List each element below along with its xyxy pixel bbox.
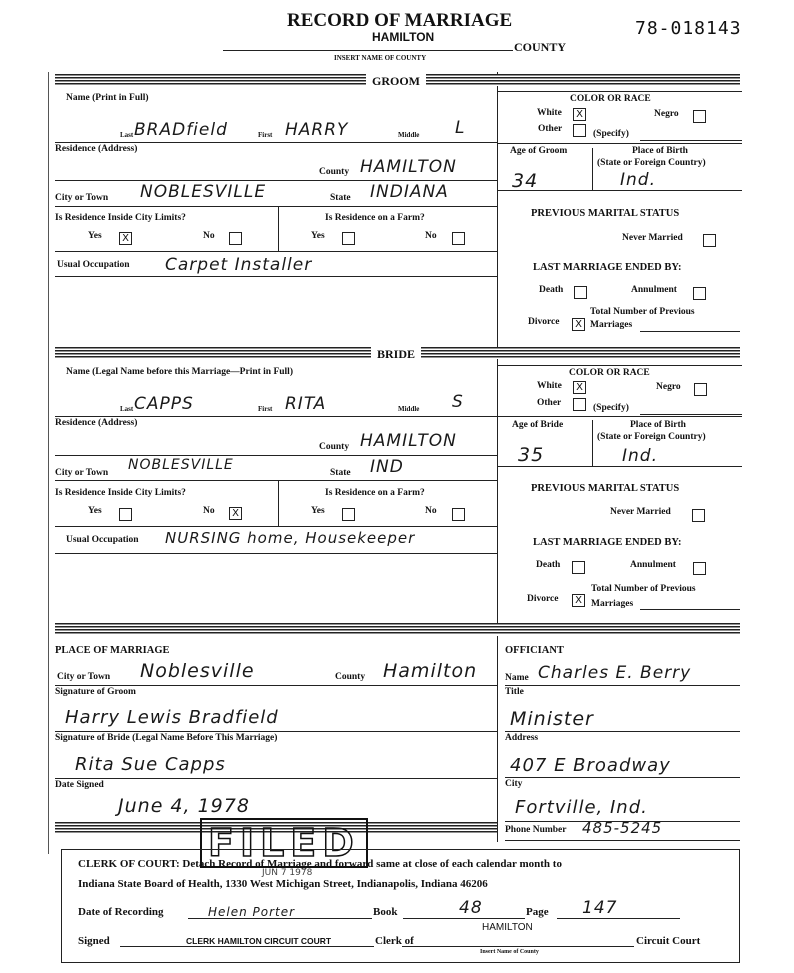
groom-occupation-label: Usual Occupation bbox=[57, 260, 130, 270]
bride-city-no-label: No bbox=[203, 506, 215, 516]
groom-county[interactable]: HAMILTON bbox=[360, 157, 457, 177]
bride-city-limits-yes-checkbox[interactable] bbox=[119, 508, 132, 521]
groom-city-limits-yes-checkbox[interactable]: X bbox=[119, 232, 132, 245]
county-value: HAMILTON bbox=[372, 30, 434, 44]
officiant-name[interactable]: Charles E. Berry bbox=[538, 663, 691, 683]
bride-signature[interactable]: Rita Sue Capps bbox=[75, 754, 226, 775]
bride-total-prev-label: Total Number of Previous bbox=[591, 584, 696, 594]
bride-specify-label: (Specify) bbox=[593, 403, 629, 413]
officiant-title-value[interactable]: Minister bbox=[510, 708, 594, 730]
groom-farm-yes-checkbox[interactable] bbox=[342, 232, 355, 245]
groom-death-label: Death bbox=[539, 285, 563, 295]
groom-race-title: COLOR OR RACE bbox=[570, 94, 651, 104]
groom-white-label: White bbox=[537, 108, 562, 118]
bride-white-label: White bbox=[537, 381, 562, 391]
place-title: PLACE OF MARRIAGE bbox=[55, 645, 170, 656]
groom-specify-label: (Specify) bbox=[593, 129, 629, 139]
bride-ended-title: LAST MARRIAGE ENDED BY: bbox=[533, 537, 682, 548]
groom-divorce-label: Divorce bbox=[528, 317, 559, 327]
bride-farm-yes-checkbox[interactable] bbox=[342, 508, 355, 521]
bride-county-label: County bbox=[319, 442, 349, 452]
bride-birth-label: Place of Birth bbox=[630, 420, 686, 430]
groom-farm-label: Is Residence on a Farm? bbox=[325, 213, 425, 223]
bride-section-title: BRIDE bbox=[371, 347, 421, 362]
groom-city-limits-label: Is Residence Inside City Limits? bbox=[55, 213, 186, 223]
bride-residence-label: Residence (Address) bbox=[55, 418, 137, 428]
groom-residence-label: Residence (Address) bbox=[55, 144, 137, 154]
groom-farm-no-checkbox[interactable] bbox=[452, 232, 465, 245]
bride-other-checkbox[interactable] bbox=[573, 398, 586, 411]
bride-death-label: Death bbox=[536, 560, 560, 570]
bride-first-label: First bbox=[258, 405, 272, 413]
bride-birthplace[interactable]: Ind. bbox=[622, 446, 658, 466]
bride-prev-status-title: PREVIOUS MARITAL STATUS bbox=[531, 483, 679, 494]
bride-age-label: Age of Bride bbox=[512, 420, 563, 430]
recording-signature[interactable]: Helen Porter bbox=[208, 905, 295, 919]
groom-other-checkbox[interactable] bbox=[573, 124, 586, 137]
officiant-phone-label: Phone Number bbox=[505, 825, 567, 835]
bride-other-label: Other bbox=[537, 398, 561, 408]
circuit-court-label: Circuit Court bbox=[636, 935, 700, 947]
bride-signature-label: Signature of Bride (Legal Name Before Th… bbox=[55, 733, 277, 743]
bride-middle-label: Middle bbox=[398, 405, 419, 413]
groom-death-checkbox[interactable] bbox=[574, 286, 587, 299]
book-number[interactable]: 48 bbox=[459, 898, 483, 918]
page-label: Page bbox=[526, 906, 549, 918]
bride-county[interactable]: HAMILTON bbox=[360, 431, 457, 451]
county-label: COUNTY bbox=[514, 40, 566, 55]
bride-death-checkbox[interactable] bbox=[572, 561, 585, 574]
officiant-name-label: Name bbox=[505, 673, 529, 683]
groom-signature-label: Signature of Groom bbox=[55, 687, 136, 697]
bride-farm-no-checkbox[interactable] bbox=[452, 508, 465, 521]
groom-last-name[interactable]: BRADfield bbox=[134, 120, 228, 140]
recording-date-label: Date of Recording bbox=[78, 906, 164, 918]
groom-negro-label: Negro bbox=[654, 109, 679, 119]
bride-negro-label: Negro bbox=[656, 382, 681, 392]
record-number: 78-018143 bbox=[635, 18, 742, 39]
groom-birth-label: Place of Birth bbox=[632, 146, 688, 156]
bride-city-yes-label: Yes bbox=[88, 506, 102, 516]
groom-prev-status-title: PREVIOUS MARITAL STATUS bbox=[531, 208, 679, 219]
groom-county-label: County bbox=[319, 167, 349, 177]
bride-first-name[interactable]: RITA bbox=[285, 394, 326, 414]
officiant-city[interactable]: Fortville, Ind. bbox=[515, 797, 648, 818]
bride-farm-no-label: No bbox=[425, 506, 437, 516]
groom-state[interactable]: INDIANA bbox=[370, 182, 449, 202]
groom-age-label: Age of Groom bbox=[510, 146, 567, 156]
groom-city-limits-no-checkbox[interactable] bbox=[229, 232, 242, 245]
groom-divorce-checkbox[interactable]: X bbox=[572, 318, 585, 331]
groom-other-label: Other bbox=[538, 124, 562, 134]
groom-middle-label: Middle bbox=[398, 131, 419, 139]
groom-birthplace[interactable]: Ind. bbox=[620, 170, 656, 190]
bride-negro-checkbox[interactable] bbox=[694, 383, 707, 396]
bride-annulment-label: Annulment bbox=[630, 560, 676, 570]
clerk-instructions-line2: Indiana State Board of Health, 1330 West… bbox=[78, 878, 488, 890]
groom-first-label: First bbox=[258, 131, 272, 139]
date-signed[interactable]: June 4, 1978 bbox=[118, 795, 250, 817]
county-hint: INSERT NAME OF COUNTY bbox=[334, 54, 426, 62]
bride-middle-initial[interactable]: S bbox=[452, 392, 464, 412]
bride-city-limits-no-checkbox[interactable]: X bbox=[229, 507, 242, 520]
officiant-address-label: Address bbox=[505, 733, 538, 743]
groom-state-label: State bbox=[330, 193, 351, 203]
officiant-title: OFFICIANT bbox=[505, 645, 564, 656]
groom-city-yes-label: Yes bbox=[88, 231, 102, 241]
bride-white-checkbox[interactable]: X bbox=[573, 381, 586, 394]
bride-never-married-label: Never Married bbox=[610, 507, 671, 517]
bride-occupation-label: Usual Occupation bbox=[66, 535, 139, 545]
groom-annulment-checkbox[interactable] bbox=[693, 287, 706, 300]
groom-annulment-label: Annulment bbox=[631, 285, 677, 295]
groom-farm-no-label: No bbox=[425, 231, 437, 241]
bride-last-label: Last bbox=[120, 405, 133, 413]
groom-city[interactable]: NOBLESVILLE bbox=[140, 182, 266, 202]
groom-occupation[interactable]: Carpet Installer bbox=[165, 255, 312, 275]
bride-race-title: COLOR OR RACE bbox=[569, 368, 650, 378]
groom-signature[interactable]: Harry Lewis Bradfield bbox=[65, 707, 279, 728]
place-county-label: County bbox=[335, 672, 365, 682]
bride-farm-yes-label: Yes bbox=[311, 506, 325, 516]
groom-city-label: City or Town bbox=[55, 193, 108, 203]
bride-age[interactable]: 35 bbox=[518, 444, 544, 466]
bride-city-limits-label: Is Residence Inside City Limits? bbox=[55, 488, 186, 498]
form-title: RECORD OF MARRIAGE bbox=[287, 10, 512, 32]
signed-label: Signed bbox=[78, 935, 110, 947]
officiant-address[interactable]: 407 E Broadway bbox=[510, 755, 671, 776]
bride-marriages-label: Marriages bbox=[591, 599, 633, 609]
groom-city-no-label: No bbox=[203, 231, 215, 241]
place-city[interactable]: Noblesville bbox=[140, 660, 255, 682]
groom-farm-yes-label: Yes bbox=[311, 231, 325, 241]
place-county[interactable]: Hamilton bbox=[383, 660, 477, 682]
bride-farm-label: Is Residence on a Farm? bbox=[325, 488, 425, 498]
officiant-city-label: City bbox=[505, 779, 522, 789]
clerk-county: HAMILTON bbox=[482, 922, 533, 933]
groom-never-married-label: Never Married bbox=[622, 233, 683, 243]
groom-white-checkbox[interactable]: X bbox=[573, 108, 586, 121]
clerk-instructions-line1: CLERK OF COURT: Detach Record of Marriag… bbox=[78, 858, 562, 870]
page-number[interactable]: 147 bbox=[582, 898, 617, 918]
officiant-title-label: Title bbox=[505, 687, 524, 697]
place-header-bar bbox=[55, 623, 740, 635]
groom-section-title: GROOM bbox=[366, 74, 426, 89]
bride-annulment-checkbox[interactable] bbox=[693, 562, 706, 575]
bride-divorce-checkbox[interactable]: X bbox=[572, 594, 585, 607]
clerk-county-hint: Insert Name of County bbox=[480, 949, 539, 955]
clerk-signature-stamp: CLERK HAMILTON CIRCUIT COURT bbox=[186, 936, 331, 946]
groom-name-label: Name (Print in Full) bbox=[66, 93, 149, 103]
groom-marriages-label: Marriages bbox=[590, 320, 632, 330]
bride-city-label: City or Town bbox=[55, 468, 108, 478]
groom-birth-hint: (State or Foreign Country) bbox=[597, 158, 706, 168]
groom-negro-checkbox[interactable] bbox=[693, 110, 706, 123]
bride-last-name[interactable]: CAPPS bbox=[134, 394, 194, 414]
groom-age[interactable]: 34 bbox=[512, 170, 538, 192]
place-city-label: City or Town bbox=[57, 672, 110, 682]
bride-city[interactable]: NOBLESVILLE bbox=[128, 457, 234, 473]
bride-occupation[interactable]: NURSING home, Housekeeper bbox=[165, 529, 415, 547]
groom-total-prev-label: Total Number of Previous bbox=[590, 307, 695, 317]
bride-state[interactable]: IND bbox=[370, 457, 404, 477]
bride-birth-hint: (State or Foreign Country) bbox=[597, 432, 706, 442]
bride-name-label: Name (Legal Name before this Marriage—Pr… bbox=[66, 367, 293, 377]
bride-state-label: State bbox=[330, 468, 351, 478]
groom-ended-title: LAST MARRIAGE ENDED BY: bbox=[533, 262, 682, 273]
bride-divorce-label: Divorce bbox=[527, 594, 558, 604]
groom-never-married-checkbox[interactable] bbox=[703, 234, 716, 247]
groom-last-label: Last bbox=[120, 131, 133, 139]
groom-first-name[interactable]: HARRY bbox=[285, 120, 348, 140]
groom-middle-initial[interactable]: L bbox=[455, 118, 465, 138]
bride-never-married-checkbox[interactable] bbox=[692, 509, 705, 522]
date-signed-label: Date Signed bbox=[55, 780, 104, 790]
book-label: Book bbox=[373, 906, 397, 918]
officiant-phone[interactable]: 485-5245 bbox=[582, 819, 662, 837]
